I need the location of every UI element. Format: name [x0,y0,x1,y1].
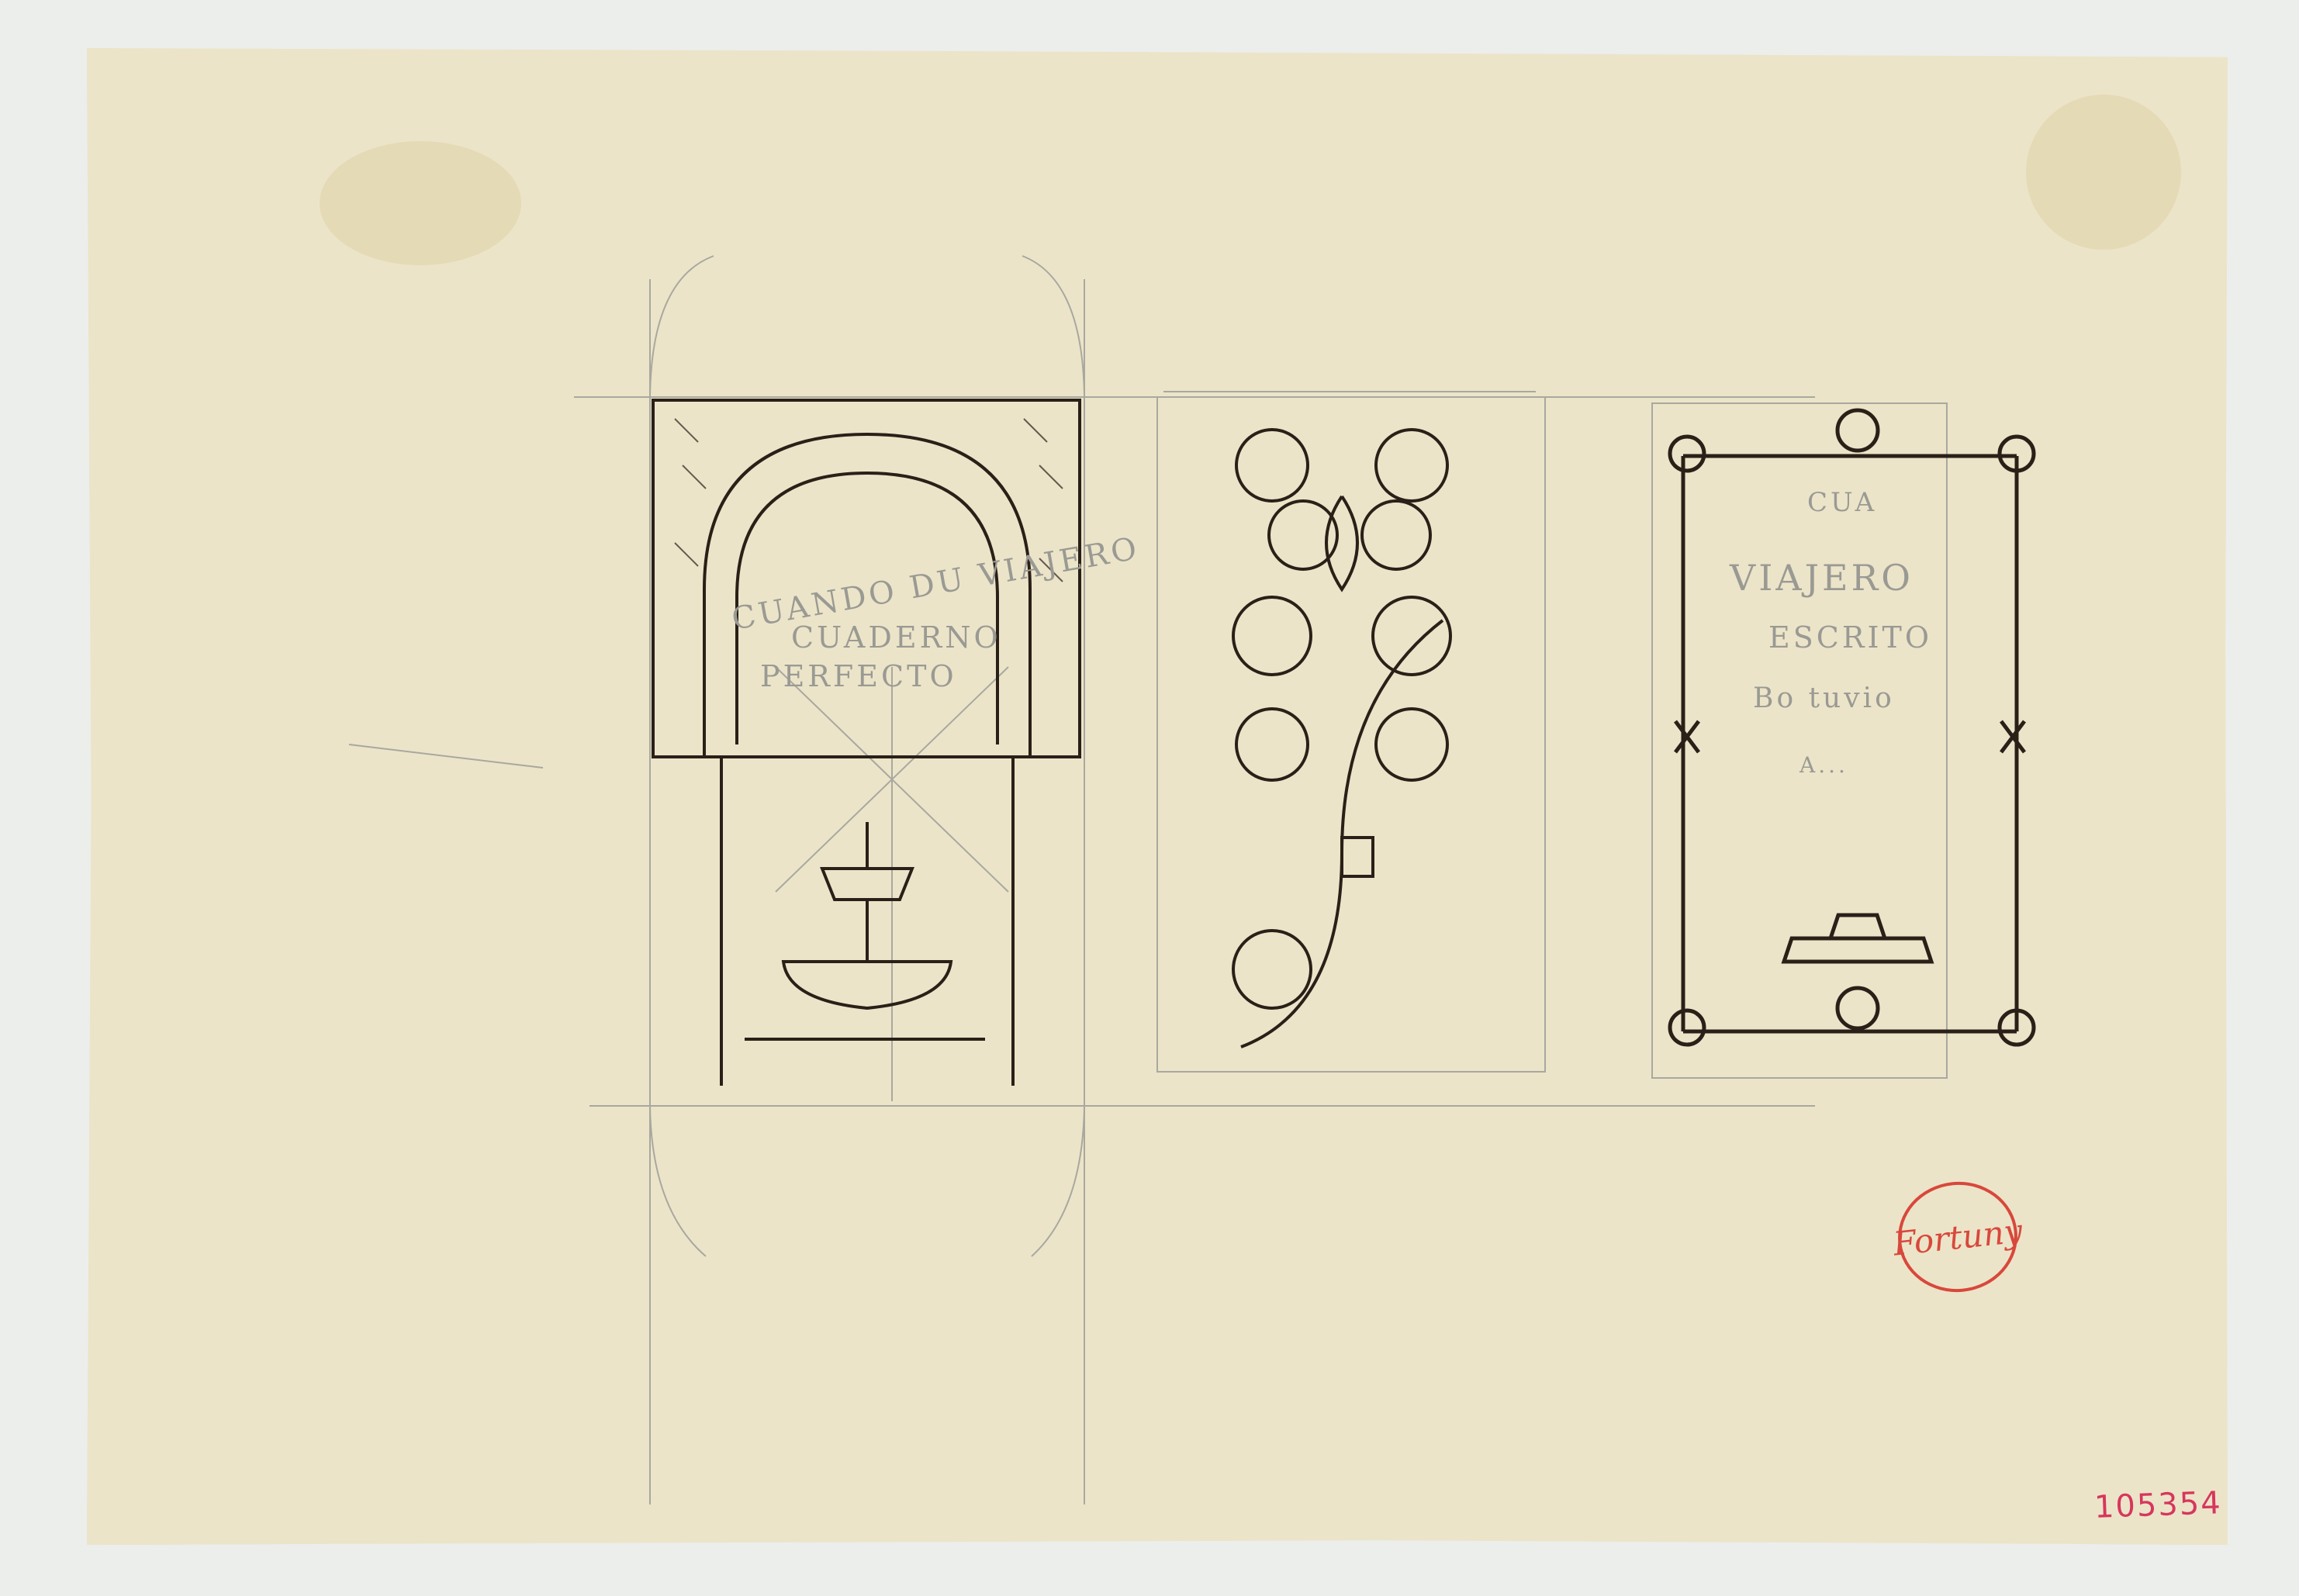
pencil-title-line: CUA [1807,487,1877,518]
pencil-title-line: CUADERNO [791,620,1001,655]
pencil-construction-lines [349,256,1947,1504]
pencil-title-line: PERFECTO [760,659,957,693]
pencil-title-line: Bo tuvio [1753,682,1895,714]
drawing [0,0,2299,1596]
stamp-text: Fortuny [1891,1211,2024,1263]
pencil-title-line: A... [1799,752,1848,778]
inventory-number: 105354 [2093,1485,2222,1525]
pencil-title-line: ESCRITO [1768,620,1932,655]
panel-arabesque [1233,430,1450,1047]
pencil-title-line: VIAJERO [1730,557,1914,599]
panel-arch [653,400,1080,1086]
